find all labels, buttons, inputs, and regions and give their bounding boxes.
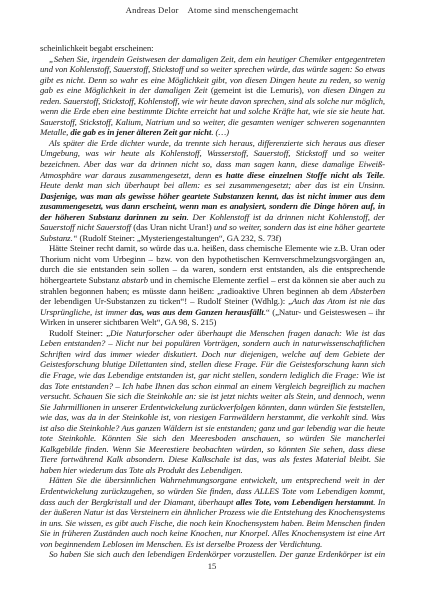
page-number: 15 xyxy=(208,561,217,571)
text-run: Absterben xyxy=(350,286,385,296)
paragraph: So haben Sie sich auch den lebendigen Er… xyxy=(40,549,385,561)
paragraph: Hätten Sie die übersinnlichen Wahrnehmun… xyxy=(40,475,385,549)
text-run: . (…) xyxy=(211,127,229,137)
page-body: scheinlichkeit begabt erscheinen:„Sehen … xyxy=(40,43,385,561)
text-run: Rudolf Steiner: „ xyxy=(49,328,110,338)
paragraph: Als später die Erde dichter wurde, da tr… xyxy=(40,138,385,243)
text-run: das, was aus dem Ganzen herausfällt xyxy=(130,307,264,317)
paragraph: Rudolf Steiner: „Die Naturforscher oder … xyxy=(40,328,385,476)
text-run: (gemeint ist die Lemuris) xyxy=(211,85,302,95)
text-run: abstarb xyxy=(122,275,148,285)
header-title: Atome sind menschengemacht xyxy=(188,5,299,15)
text-run: So haben Sie sich auch den lebendigen Er… xyxy=(40,549,385,561)
text-run: (Rudolf Steiner: „Mysteriengestaltungen“… xyxy=(79,233,281,243)
text-run: alles Tote, vom Lebendigen herstammt xyxy=(236,497,373,507)
page-header: Andreas DelorAtome sind menschengemacht xyxy=(0,5,424,15)
text-run: die gab es in jener älteren Zeit gar nic… xyxy=(70,127,211,137)
text-run: (das Uran nicht Uran!) xyxy=(133,222,211,232)
text-run: Die Naturforscher oder überhaupt die Men… xyxy=(40,328,385,475)
paragraph: „Sehen Sie, irgendein Geistwesen der dam… xyxy=(40,54,385,138)
text-run: scheinlichkeit begabt erscheinen: xyxy=(40,43,153,53)
paragraph: Hätte Steiner recht damit, so würde das … xyxy=(40,243,385,327)
paragraph: scheinlichkeit begabt erscheinen: xyxy=(40,43,385,54)
header-author: Andreas Delor xyxy=(126,5,179,15)
page-footer: 15 xyxy=(0,561,424,571)
document-page: Andreas DelorAtome sind menschengemacht … xyxy=(0,0,424,600)
text-run: es hatte diese einzelnen Stoffe nicht al… xyxy=(215,170,383,180)
text-run: der lebendigen Ur-Substanzen zu ticken“!… xyxy=(40,296,292,306)
